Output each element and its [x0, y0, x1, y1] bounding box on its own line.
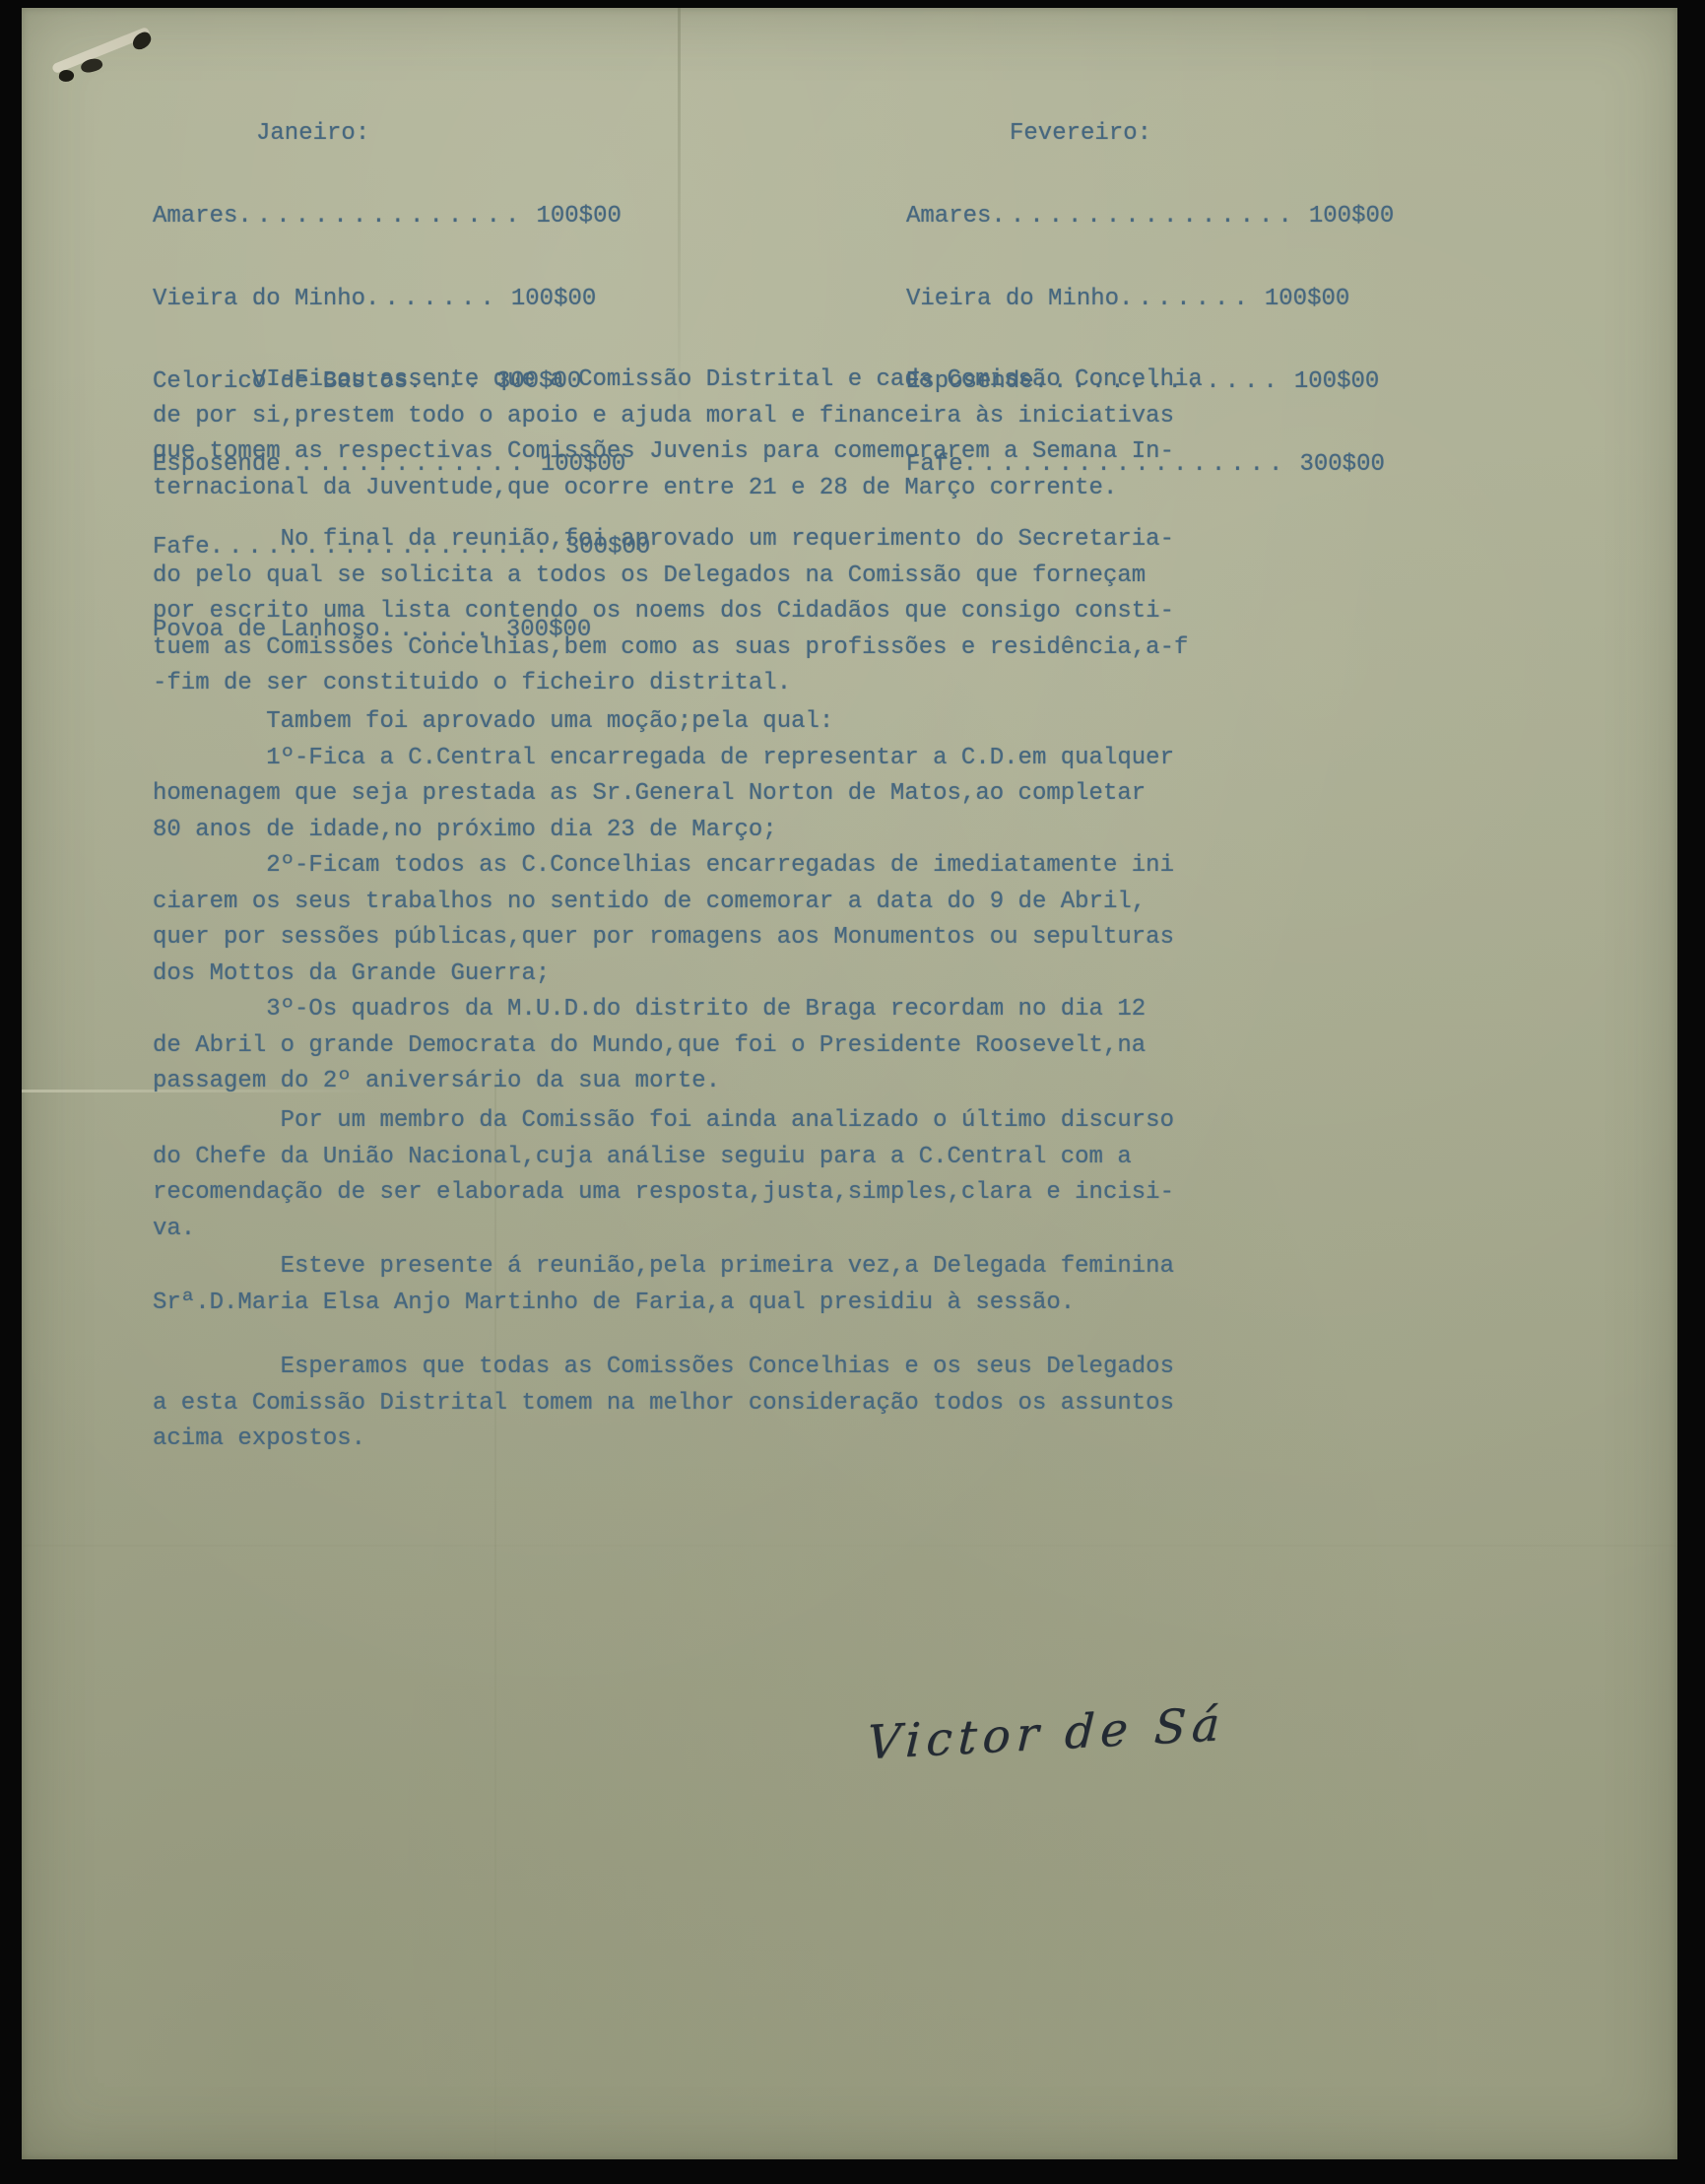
dot-leader: ............... — [237, 203, 524, 230]
table-row: Vieira do Minho.......100$00 — [906, 286, 1369, 313]
month-title-label: Janeiro: — [256, 120, 369, 147]
paragraph-delegada-feminina: Esteve presente á reunião,pela primeira … — [153, 1249, 1246, 1321]
signature-victor-de-sa: Victor de Sá — [866, 1692, 1321, 1770]
municipality-name: Vieira do Minho — [153, 286, 365, 312]
table-row: Vieira do Minho.......100$00 — [153, 286, 616, 313]
amount-value: 300$00 — [1299, 451, 1384, 478]
paragraph-mocao-itens: Tambem foi aprovado uma moção;pela qual:… — [153, 704, 1246, 1100]
amount-value: 100$00 — [1294, 368, 1379, 395]
paragraph-discurso-uniao-nacional: Por um membro da Comissão foi ainda anal… — [153, 1103, 1246, 1247]
amount-value: 100$00 — [1265, 286, 1349, 312]
paragraph-requerimento-secretariado: No final da reunião,foi aprovado um requ… — [153, 522, 1246, 702]
month-title-label: Fevereiro: — [1010, 120, 1151, 147]
paragraph-encerramento: Esperamos que todas as Comissões Concelh… — [153, 1350, 1246, 1458]
municipality-name: Amares — [153, 203, 237, 230]
table-row: Amares...............100$00 — [153, 203, 616, 231]
ink-blot-mark — [58, 69, 75, 83]
paper-fold-horizontal — [22, 1545, 1677, 1547]
municipality-name: Vieira do Minho — [906, 286, 1119, 312]
month-title-janeiro: Janeiro: — [153, 120, 616, 148]
scanned-document-page: { "document": { "kind": "typewritten min… — [0, 0, 1705, 2184]
amount-value: 100$00 — [536, 203, 621, 230]
municipality-name: Amares — [906, 203, 991, 230]
amount-value: 100$00 — [1309, 203, 1394, 230]
table-row: Amares................100$00 — [906, 203, 1369, 231]
paragraph-vi-comissao-distrital: VI-Ficou assente que a Comissão Distrita… — [153, 363, 1246, 506]
month-title-fevereiro: Fevereiro: — [906, 120, 1369, 148]
dot-leader: ....... — [1119, 286, 1253, 312]
paper-crease-vertical-top — [678, 8, 681, 422]
dot-leader: ....... — [365, 286, 499, 312]
dot-leader: ................ — [991, 203, 1296, 230]
amount-value: 100$00 — [511, 286, 596, 312]
paper-sheet: Janeiro: Amares...............100$00 Vie… — [22, 8, 1677, 2159]
